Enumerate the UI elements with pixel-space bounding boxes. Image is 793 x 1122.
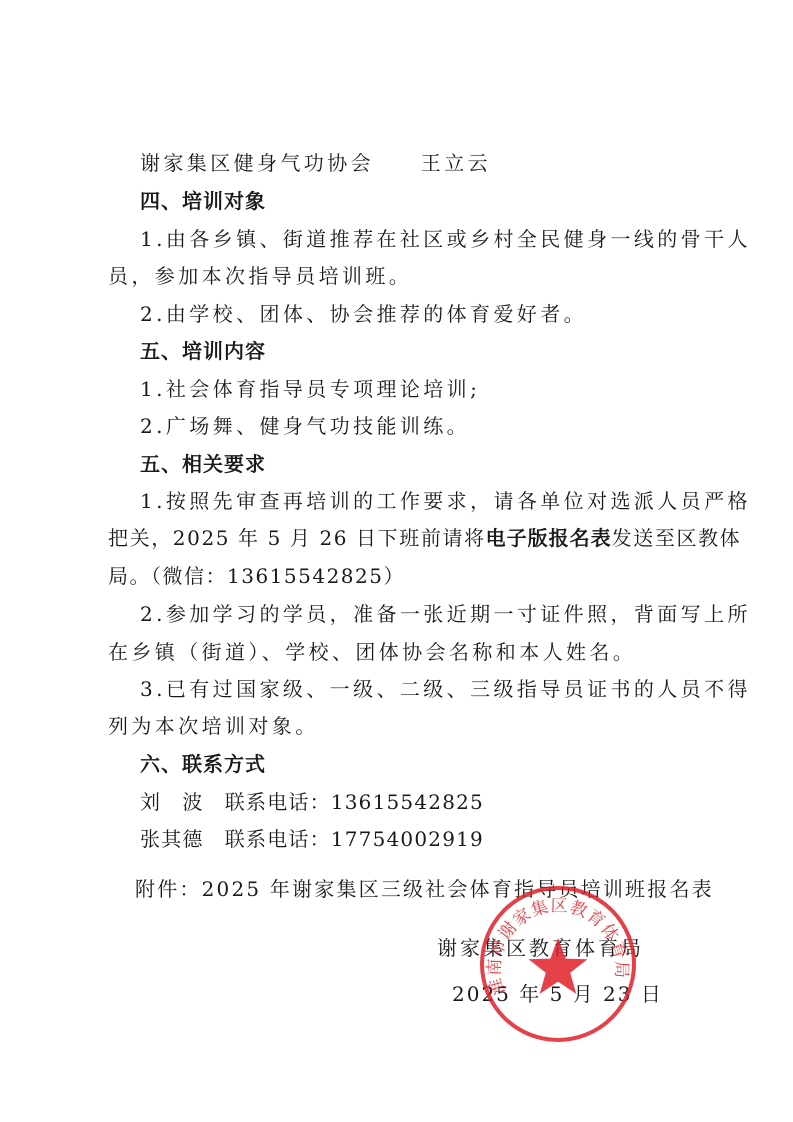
text-line: 列为本次培训对象。 bbox=[108, 714, 688, 738]
text-line: 3.已有过国家级、一级、二级、三级指导员证书的人员不得 bbox=[140, 677, 720, 701]
text-line: 1.社会体育指导员专项理论培训; bbox=[140, 377, 720, 401]
text-line: 1.按照先审查再培训的工作要求，请各单位对选派人员严格 bbox=[140, 489, 720, 513]
section-heading: 六、联系方式 bbox=[140, 752, 720, 776]
official-seal: 淮南市谢家集区教育体育局 bbox=[478, 884, 638, 1044]
section-heading: 五、培训内容 bbox=[140, 339, 720, 363]
contact-line: 张其德 联系电话：17754002919 bbox=[140, 827, 720, 851]
contact-line: 刘 波 联系电话：13615542825 bbox=[140, 790, 720, 814]
section-heading: 四、培训对象 bbox=[140, 189, 720, 213]
highlighted-text: 电子版报名表 bbox=[486, 526, 612, 550]
text-line: 2.参加学习的学员，准备一张近期一寸证件照，背面写上所 bbox=[140, 602, 720, 626]
text-line: 2.由学校、团体、协会推荐的体育爱好者。 bbox=[140, 302, 720, 326]
text-segment: 把关，2025 年 5 月 26 日下班前请将 bbox=[108, 526, 486, 550]
text-line: 局。（微信：13615542825） bbox=[108, 564, 688, 588]
text-line: 谢家集区健身气功协会 王立云 bbox=[140, 151, 720, 175]
text-line: 在乡镇（街道）、学校、团体协会名称和本人姓名。 bbox=[108, 640, 688, 664]
text-segment: 发送至区教体 bbox=[612, 526, 742, 550]
star-icon bbox=[529, 938, 588, 994]
text-line: 把关，2025 年 5 月 26 日下班前请将电子版报名表发送至区教体 bbox=[108, 526, 688, 550]
text-line: 1.由各乡镇、街道推荐在社区或乡村全民健身一线的骨干人 bbox=[140, 227, 720, 251]
section-heading: 五、相关要求 bbox=[140, 452, 720, 476]
text-line: 员，参加本次指导员培训班。 bbox=[108, 264, 688, 288]
text-line: 2.广场舞、健身气功技能训练。 bbox=[140, 414, 720, 438]
document-page: 谢家集区健身气功协会 王立云 四、培训对象 1.由各乡镇、街道推荐在社区或乡村全… bbox=[0, 0, 793, 1122]
